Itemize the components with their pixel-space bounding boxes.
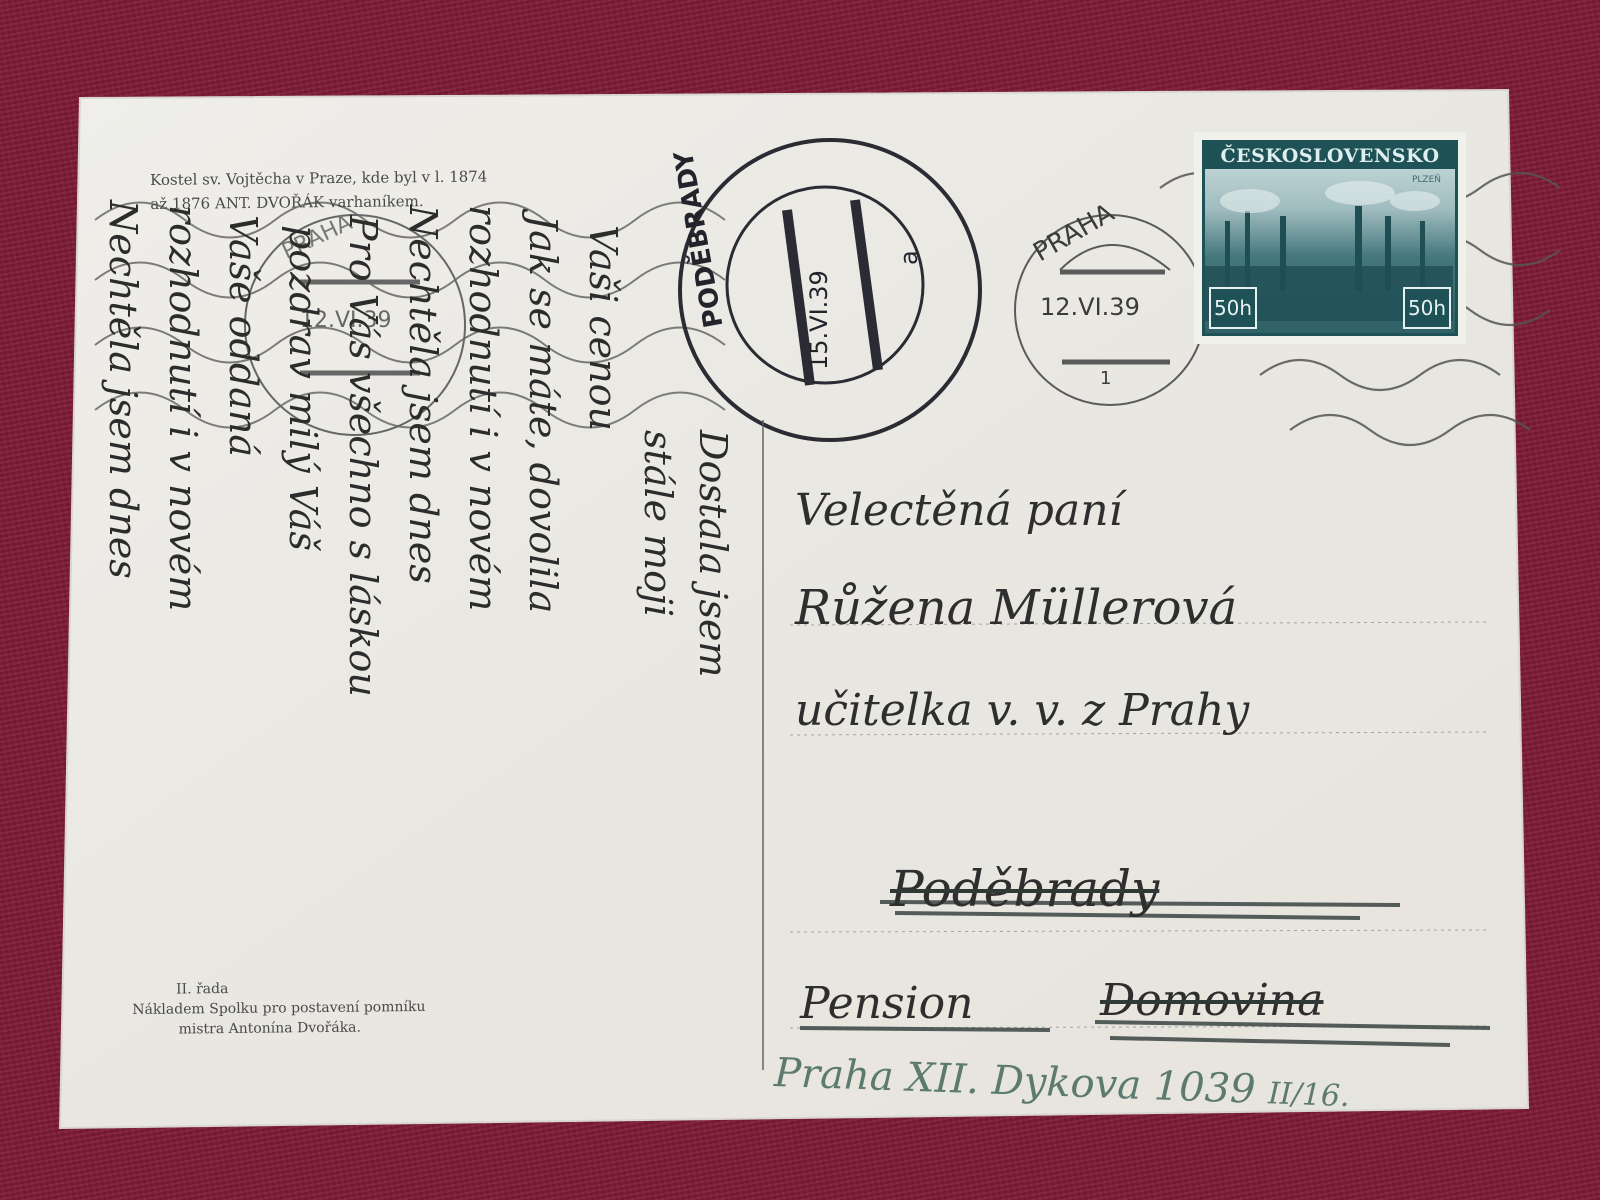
- message-line: Vaši cenou: [581, 225, 625, 431]
- postmark-podebrady-letter: a: [895, 250, 923, 265]
- stamp-country: ČESKOSLOVENSKO: [1205, 143, 1455, 169]
- message-line: pozdrav milý Váš: [281, 225, 325, 551]
- footer-publisher: Nákladem Spolku pro postavení pomníku: [132, 997, 425, 1020]
- address-title: učitelka v. v. z Prahy: [795, 685, 1249, 736]
- postmark-podebrady-date: 15.VI.39: [805, 270, 833, 370]
- message-line: rozhodnutí i v novém: [161, 205, 205, 611]
- message-line: stále moji: [636, 430, 680, 617]
- stamp-image-factory: ČESKOSLOVENSKO PLZEŇ 50h: [1202, 140, 1458, 336]
- address-salutation: Velectěná paní: [795, 485, 1123, 536]
- address-town-struck: Poděbrady: [890, 860, 1159, 918]
- postmark-praha-right-date: 12.VI.39: [1040, 293, 1140, 321]
- postcard: Kostel sv. Vojtěcha v Praze, kde byl v l…: [0, 0, 1600, 1200]
- message-line: rozhodnutí i v novém: [461, 205, 505, 611]
- message-line: Nechtěla jsem dnes: [401, 205, 445, 584]
- message-line: Vaše oddaná: [221, 215, 265, 457]
- address-divider-line: [762, 420, 764, 1070]
- message-line: Nechtěla jsem dnes: [101, 200, 145, 579]
- address-pension-struck: Domovina: [1100, 975, 1323, 1026]
- postage-stamp: ČESKOSLOVENSKO PLZEŇ 50h: [1194, 132, 1466, 344]
- footer-subject: mistra Antonína Dvořáka.: [132, 1017, 425, 1040]
- address-name: Růžena Müllerová: [795, 580, 1237, 636]
- message-line: Pro Vás všechno s láskou: [341, 215, 385, 697]
- forwarding-suffix: II/16.: [1268, 1076, 1351, 1114]
- caption-line-1: Kostel sv. Vojtěcha v Praze, kde byl v l…: [150, 164, 487, 192]
- postmark-praha-right-sub: 1: [1100, 368, 1111, 389]
- stamp-value-right: 50h: [1403, 287, 1451, 329]
- message-line: Dostala jsem: [691, 430, 735, 677]
- address-pension-prefix: Pension: [800, 978, 974, 1029]
- stamp-value-left: 50h: [1209, 287, 1257, 329]
- printed-footer: II. řada Nákladem Spolku pro postavení p…: [132, 977, 426, 1040]
- message-line: Jak se máte, dovolila: [521, 215, 565, 613]
